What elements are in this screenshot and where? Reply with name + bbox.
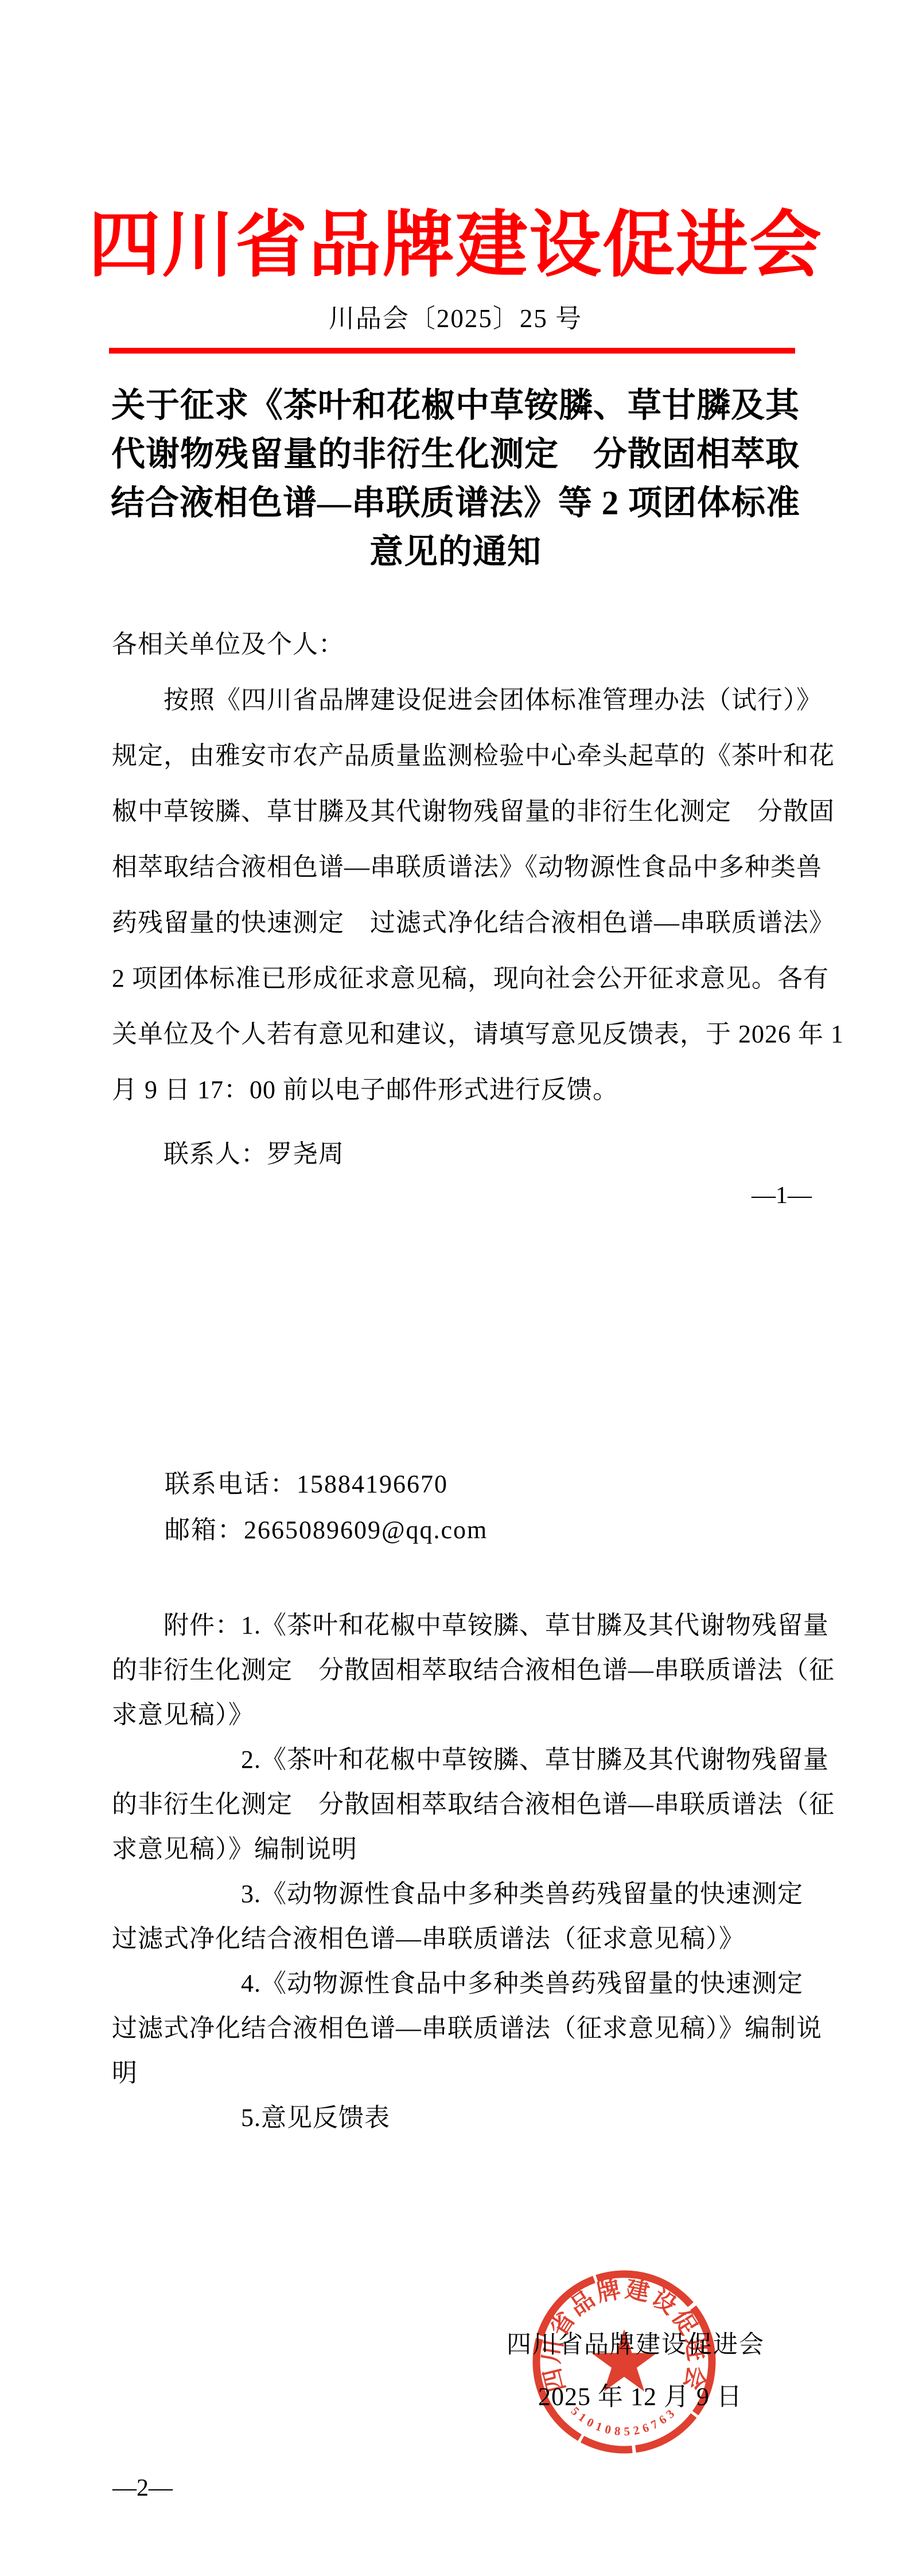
official-seal: 四川省品牌建设促进会 510108526763 (509, 2247, 739, 2477)
page-number-1: —1— (752, 1180, 812, 1212)
notice-document: 四川省品牌建设促进会 川品会〔2025〕25 号 关于征求《茶叶和花椒中草铵膦、… (0, 0, 911, 2576)
seal-serial-holder: 510108526763 (569, 2404, 680, 2438)
contact-person-line: 联系人：罗尧周 (112, 1126, 344, 1182)
attachment-line: 求意见稿）》编制说明 (112, 1827, 823, 1872)
attachment-line: 4.《动物源性食品中多种类兽药残留量的快速测定 (112, 1961, 823, 2006)
document-number: 川品会〔2025〕25 号 (0, 303, 911, 334)
body-line: 椒中草铵膦、草甘膦及其代谢物残留量的非衍生化测定 分散固 (112, 783, 823, 839)
attachment-line: 5.意见反馈表 (112, 2096, 823, 2140)
attachment-line: 的非衍生化测定 分散固相萃取结合液相色谱—串联质谱法（征 (112, 1648, 823, 1693)
attachment-line: 求意见稿）》 (112, 1693, 823, 1737)
notice-title-line: 意见的通知 (0, 527, 911, 576)
contact-email-line: 邮箱：2665089609@qq.com (112, 1507, 488, 1553)
body-line: 月 9 日 17：00 前以电子邮件形式进行反馈。 (112, 1062, 823, 1118)
body-line: 相萃取结合液相色谱—串联质谱法》《动物源性食品中多种类兽 (112, 839, 823, 895)
body-line: 各相关单位及个人： (112, 616, 823, 672)
attachment-line: 2.《茶叶和花椒中草铵膦、草甘膦及其代谢物残留量 (112, 1737, 823, 1782)
contact-phone-line: 联系电话：15884196670 (112, 1461, 448, 1507)
body-line: 规定，由雅安市农产品质量监测检验中心牵头起草的《茶叶和花 (112, 728, 823, 783)
letterhead-org-title: 四川省品牌建设促进会 (0, 207, 911, 286)
seal-star-icon (591, 2329, 657, 2392)
notice-title-line: 关于征求《茶叶和花椒中草铵膦、草甘膦及其 (0, 381, 911, 430)
body-line: 药残留量的快速测定 过滤式净化结合液相色谱—串联质谱法》 (112, 895, 823, 951)
attachment-line: 附件：1.《茶叶和花椒中草铵膦、草甘膦及其代谢物残留量 (112, 1603, 823, 1648)
notice-title-line: 代谢物残留量的非衍生化测定 分散固相萃取 (0, 430, 911, 479)
body-line: 关单位及个人若有意见和建议，请填写意见反馈表，于 2026 年 1 (112, 1006, 823, 1062)
notice-title: 关于征求《茶叶和花椒中草铵膦、草甘膦及其 代谢物残留量的非衍生化测定 分散固相萃… (0, 381, 911, 576)
attachment-line: 3.《动物源性食品中多种类兽药残留量的快速测定 (112, 1872, 823, 1917)
notice-title-line: 结合液相色谱—串联质谱法》等 2 项团体标准 (0, 479, 911, 527)
seal-serial-number: 510108526763 (569, 2404, 680, 2438)
attachment-line: 过滤式净化结合液相色谱—串联质谱法（征求意见稿）》编制说 (112, 2006, 823, 2051)
attachment-line: 明 (112, 2051, 823, 2096)
attachment-line: 过滤式净化结合液相色谱—串联质谱法（征求意见稿）》 (112, 1917, 823, 1961)
attachments-list: 附件：1.《茶叶和花椒中草铵膦、草甘膦及其代谢物残留量 的非衍生化测定 分散固相… (112, 1603, 823, 2140)
body-paragraph: 各相关单位及个人： 按照《四川省品牌建设促进会团体标准管理办法（试行）》 规定，… (112, 616, 823, 1118)
letterhead-divider (109, 348, 795, 354)
body-line: 按照《四川省品牌建设促进会团体标准管理办法（试行）》 (112, 672, 823, 728)
body-line: 2 项团体标准已形成征求意见稿，现向社会公开征求意见。各有 (112, 951, 823, 1006)
page-number-2: —2— (112, 2473, 173, 2504)
attachment-line: 的非衍生化测定 分散固相萃取结合液相色谱—串联质谱法（征 (112, 1782, 823, 1827)
